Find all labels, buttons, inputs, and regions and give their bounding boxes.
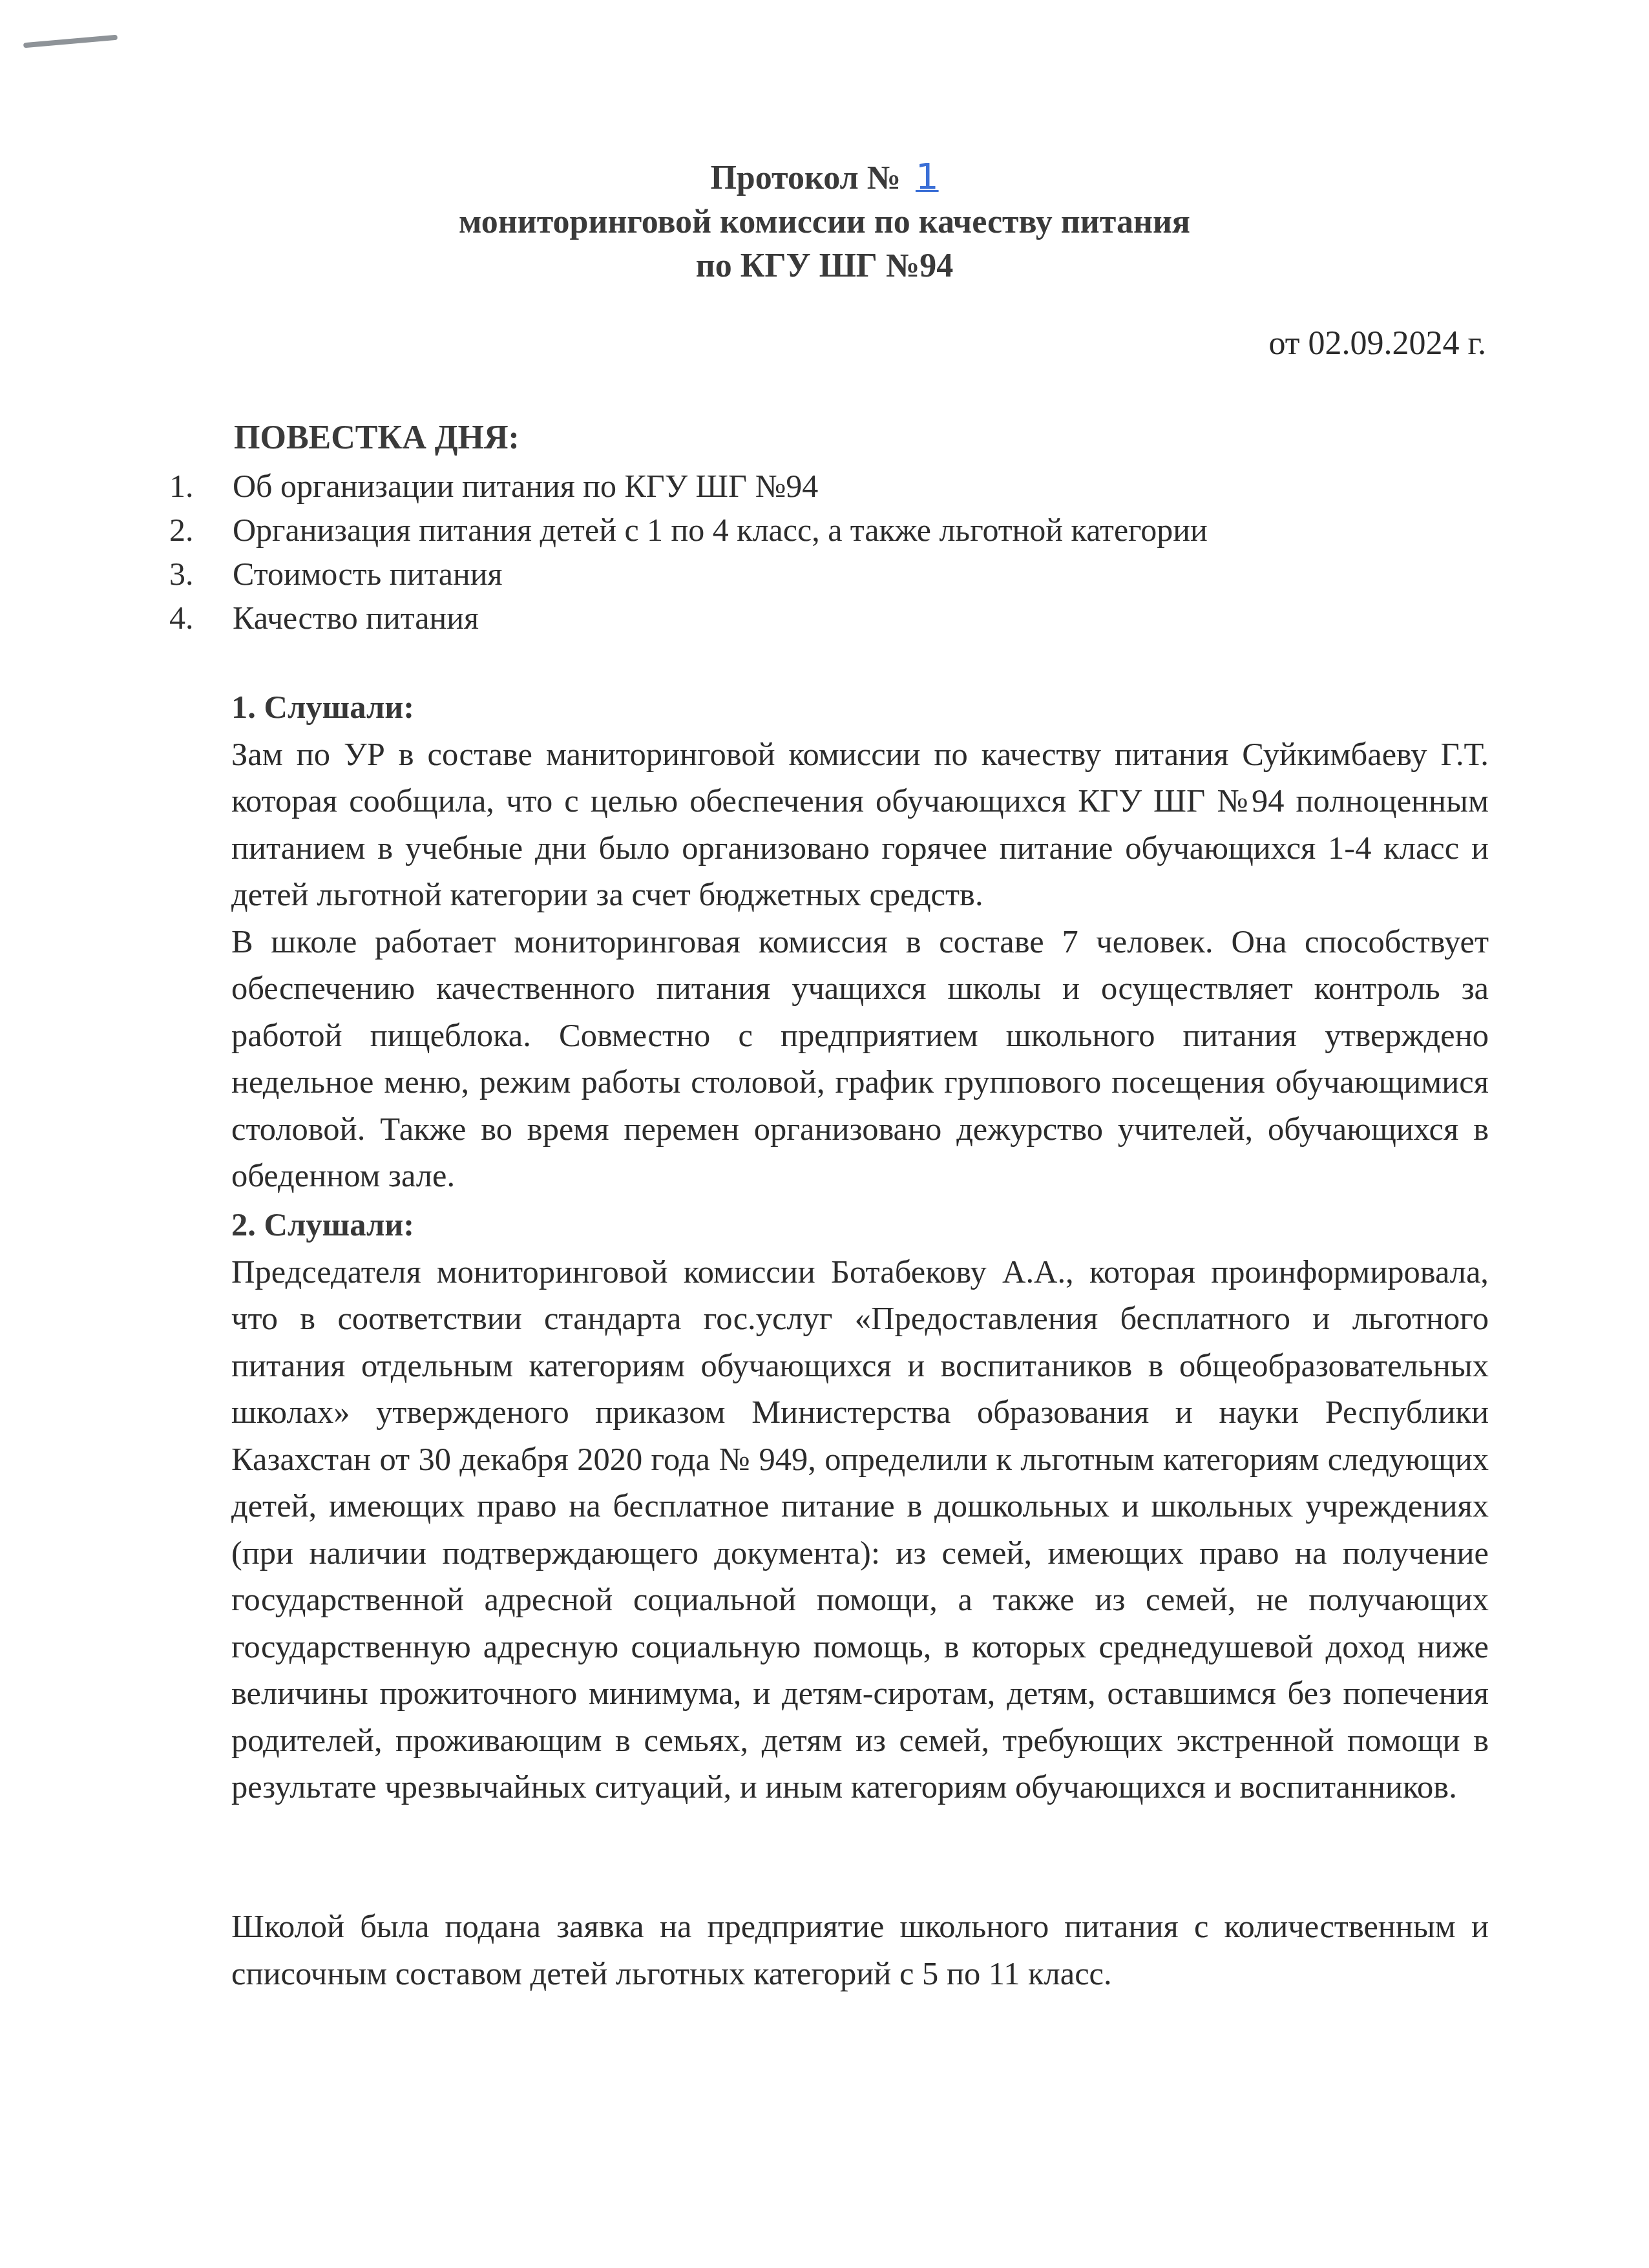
agenda-item-text: Качество питания <box>233 596 479 640</box>
protocol-title: Протокол № 1 <box>0 155 1649 200</box>
document-header: Протокол № 1 мониторинговой комиссии по … <box>0 155 1649 288</box>
agenda-title: ПОВЕСТКА ДНЯ: <box>234 419 520 457</box>
agenda-item-text: Стоимость питания <box>233 552 503 596</box>
agenda-item-number: 2. <box>169 508 233 552</box>
document-date: от 02.09.2024 г. <box>1268 324 1486 362</box>
section-1-paragraph-2: В школе работает мониторинговая комиссия… <box>231 918 1489 1199</box>
agenda-item: 3. Стоимость питания <box>169 552 1208 596</box>
agenda-list: 1. Об организации питания по КГУ ШГ №94 … <box>169 464 1208 640</box>
agenda-item-number: 3. <box>169 552 233 596</box>
agenda-item: 1. Об организации питания по КГУ ШГ №94 <box>169 464 1208 508</box>
section-3-paragraph-1: Школой была подана заявка на предприятие… <box>231 1903 1489 1997</box>
agenda-item-text: Об организации питания по КГУ ШГ №94 <box>233 464 818 508</box>
section-2: 2. Слушали: Председателя мониторинговой … <box>231 1201 1489 1811</box>
agenda-item-number: 4. <box>169 596 233 640</box>
agenda-item-text: Организация питания детей с 1 по 4 класс… <box>233 508 1208 552</box>
section-3: Школой была подана заявка на предприятие… <box>231 1903 1489 1997</box>
section-1-heading: 1. Слушали: <box>231 684 1489 731</box>
protocol-subtitle: мониторинговой комиссии по качеству пита… <box>0 200 1649 244</box>
protocol-title-prefix: Протокол № <box>710 160 901 196</box>
section-1: 1. Слушали: Зам по УР в составе манитори… <box>231 684 1489 1199</box>
section-2-paragraph-1: Председателя мониторинговой комиссии Бот… <box>231 1248 1489 1811</box>
staple-mark <box>23 35 118 48</box>
protocol-number-handwritten: 1 <box>916 156 939 198</box>
agenda-item: 4. Качество питания <box>169 596 1208 640</box>
agenda-item: 2. Организация питания детей с 1 по 4 кл… <box>169 508 1208 552</box>
protocol-organization: по КГУ ШГ №94 <box>0 244 1649 288</box>
section-1-paragraph-1: Зам по УР в составе маниторинговой комис… <box>231 731 1489 918</box>
section-2-heading: 2. Слушали: <box>231 1201 1489 1248</box>
agenda-item-number: 1. <box>169 464 233 508</box>
